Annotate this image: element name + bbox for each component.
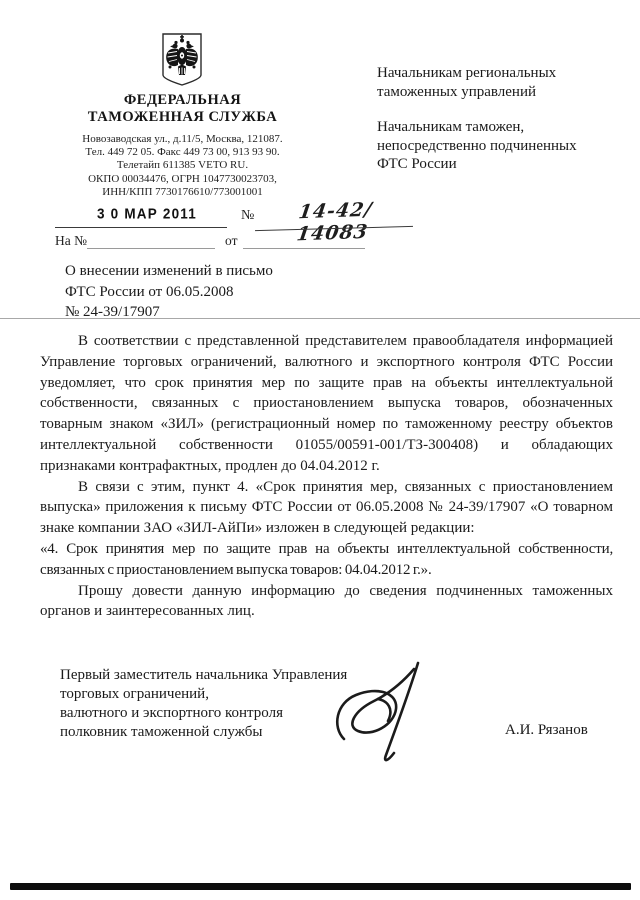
address-line: Тел. 449 72 05. Факс 449 73 00, 913 93 9… bbox=[30, 146, 335, 159]
body-paragraph-2: В связи с этим, пункт 4. «Срок принятия … bbox=[40, 477, 613, 539]
addressee-line: таможенных управлений bbox=[377, 83, 607, 102]
body-paragraph-4: Прошу довести данную информацию до сведе… bbox=[40, 581, 613, 623]
ref-from-label: от bbox=[225, 233, 237, 249]
number-sign-label: № bbox=[241, 208, 254, 224]
signer-title-block: Первый заместитель начальника Управления… bbox=[60, 666, 370, 742]
addressee-line: непосредственно подчиненных bbox=[377, 137, 607, 156]
scan-artifact-bar bbox=[10, 883, 631, 890]
org-name: ФЕДЕРАЛЬНАЯ ТАМОЖЕННАЯ СЛУЖБА bbox=[30, 92, 335, 126]
address-line: ИНН/КПП 7730176610/773001001 bbox=[30, 186, 335, 199]
subject-line: О внесении изменений в письмо bbox=[65, 261, 345, 282]
subject-line: № 24-39/17907 bbox=[65, 302, 345, 323]
ref-blank-line bbox=[87, 248, 215, 249]
org-name-line1: ФЕДЕРАЛЬНАЯ bbox=[30, 92, 335, 109]
date-number-row: 3 0 МАР 2011 № 14-42/ 14083 bbox=[55, 204, 355, 234]
letter-subject: О внесении изменений в письмо ФТС России… bbox=[65, 261, 345, 323]
signer-name: А.И. Рязанов bbox=[505, 722, 625, 739]
address-line: Новозаводская ул., д.11/5, Москва, 12108… bbox=[30, 133, 335, 146]
header-separator-rule bbox=[0, 318, 640, 319]
body-paragraph-3: «4. Срок принятия мер по защите прав на … bbox=[40, 539, 613, 581]
ref-label: На № bbox=[55, 233, 87, 249]
signer-title-line: Первый заместитель начальника Управления bbox=[60, 666, 370, 685]
handwritten-signature-icon bbox=[330, 655, 450, 775]
ref-blank-line bbox=[243, 248, 365, 249]
scanned-letter-page: { "letterhead": { "org_name_line1": "ФЕД… bbox=[0, 0, 640, 900]
addressee-block-1: Начальникам региональных таможенных упра… bbox=[377, 64, 607, 101]
addressee-line: Начальникам таможен, bbox=[377, 118, 607, 137]
body-paragraph-1: В соответствии с представленной представ… bbox=[40, 331, 613, 477]
addressees: Начальникам региональных таможенных упра… bbox=[377, 64, 607, 174]
addressee-line: ФТС России bbox=[377, 155, 607, 174]
signer-title-line: валютного и экспортного контроля bbox=[60, 704, 370, 723]
subject-line: ФТС России от 06.05.2008 bbox=[65, 282, 345, 303]
address-line: ОКПО 00034476, ОГРН 1047730023703, bbox=[30, 173, 335, 186]
org-address-block: Новозаводская ул., д.11/5, Москва, 12108… bbox=[30, 133, 335, 199]
addressee-block-2: Начальникам таможен, непосредственно под… bbox=[377, 118, 607, 174]
date-underline bbox=[55, 227, 227, 228]
org-name-line2: ТАМОЖЕННАЯ СЛУЖБА bbox=[30, 109, 335, 126]
date-stamp: 3 0 МАР 2011 bbox=[73, 205, 221, 222]
letter-body: В соответствии с представленной представ… bbox=[40, 331, 613, 622]
coat-of-arms-icon bbox=[161, 32, 203, 87]
reference-row: На № от bbox=[55, 233, 355, 253]
signer-title-line: полковник таможенной службы bbox=[60, 723, 370, 742]
signer-title-line: торговых ограничений, bbox=[60, 685, 370, 704]
addressee-line: Начальникам региональных bbox=[377, 64, 607, 83]
address-line: Телетайп 611385 VETO RU. bbox=[30, 159, 335, 172]
